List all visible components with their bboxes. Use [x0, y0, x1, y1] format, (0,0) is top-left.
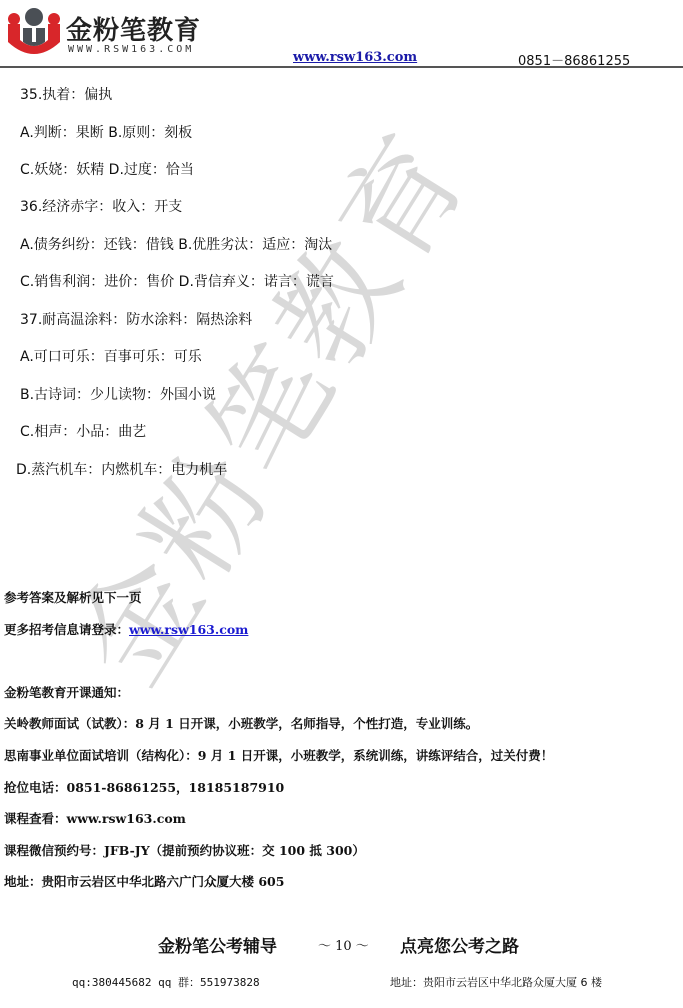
answer-hint: 参考答案及解析见下一页 [4, 588, 142, 606]
question-37: 37.耐高温涂料：防水涂料：隔热涂料 [20, 309, 252, 329]
notice-title: 金粉笔教育开课通知： [4, 683, 129, 701]
page-number: ～ 10 ～ [318, 935, 369, 954]
logo-icon [6, 6, 62, 60]
option-line: C.妖娆：妖精 D.过度：恰当 [20, 159, 194, 179]
page: 金粉笔教育 WWW.RSW163.COM www.rsw163.com 0851… [0, 0, 683, 1008]
footer-qq: qq:380445682 qq 群：551973828 [72, 974, 260, 990]
page-header: 金粉笔教育 WWW.RSW163.COM www.rsw163.com 0851… [0, 0, 683, 70]
logo: 金粉笔教育 WWW.RSW163.COM [6, 4, 196, 60]
footer-address: 地址：贵阳市云岩区中华北路众厦大厦 6 楼 [390, 974, 602, 990]
option-line: A.判断：果断 B.原则：刻板 [20, 122, 192, 142]
option-line: A.债务纠纷：还钱：借钱 B.优胜劣汰：适应：淘汰 [20, 234, 332, 254]
more-info-line: 更多招考信息请登录：www.rsw163.com [4, 620, 248, 638]
question-35: 35.执着：偏执 [20, 84, 112, 104]
notice-line-guanling: 关岭教师面试（试教）：8 月 1 日开课，小班教学，名师指导，个性打造，专业训练… [4, 714, 478, 732]
notice-phone: 抢位电话：0851-86861255，18185187910 [4, 778, 284, 796]
option-line: B.古诗词：少儿读物：外国小说 [20, 384, 216, 404]
logo-subtitle: WWW.RSW163.COM [68, 44, 194, 55]
notice-wechat: 课程微信预约号：JFB-JY（提前预约协议班：交 100 抵 300） [4, 841, 365, 859]
more-info-link[interactable]: www.rsw163.com [129, 622, 248, 637]
footer-contact: qq:380445682 qq 群：551973828 地址：贵阳市云岩区中华北… [0, 974, 683, 990]
question-36: 36.经济赤字：收入：开支 [20, 196, 182, 216]
notice-course-view: 课程查看：www.rsw163.com [4, 809, 186, 827]
option-line: A.可口可乐：百事可乐：可乐 [20, 346, 202, 366]
footer-right-slogan: 点亮您公考之路 [400, 932, 519, 957]
logo-text: 金粉笔教育 [66, 10, 201, 47]
option-line: D.蒸汽机车：内燃机车：电力机车 [16, 459, 227, 479]
more-info-label: 更多招考信息请登录： [4, 622, 129, 637]
page-footer: 金粉笔公考辅导 ～ 10 ～ 点亮您公考之路 [0, 932, 683, 956]
option-line: C.销售利润：进价：售价 D.背信弃义：诺言：谎言 [20, 271, 334, 291]
header-divider [0, 66, 683, 68]
footer-left-slogan: 金粉笔公考辅导 [158, 932, 277, 957]
notice-line-sinan: 思南事业单位面试培训（结构化）：9 月 1 日开课，小班教学，系统训练，讲练评结… [4, 746, 553, 764]
notice-address: 地址：贵阳市云岩区中华北路六广门众厦大楼 605 [4, 872, 284, 890]
header-website-link[interactable]: www.rsw163.com [293, 50, 417, 65]
option-line: C.相声：小品：曲艺 [20, 421, 146, 441]
